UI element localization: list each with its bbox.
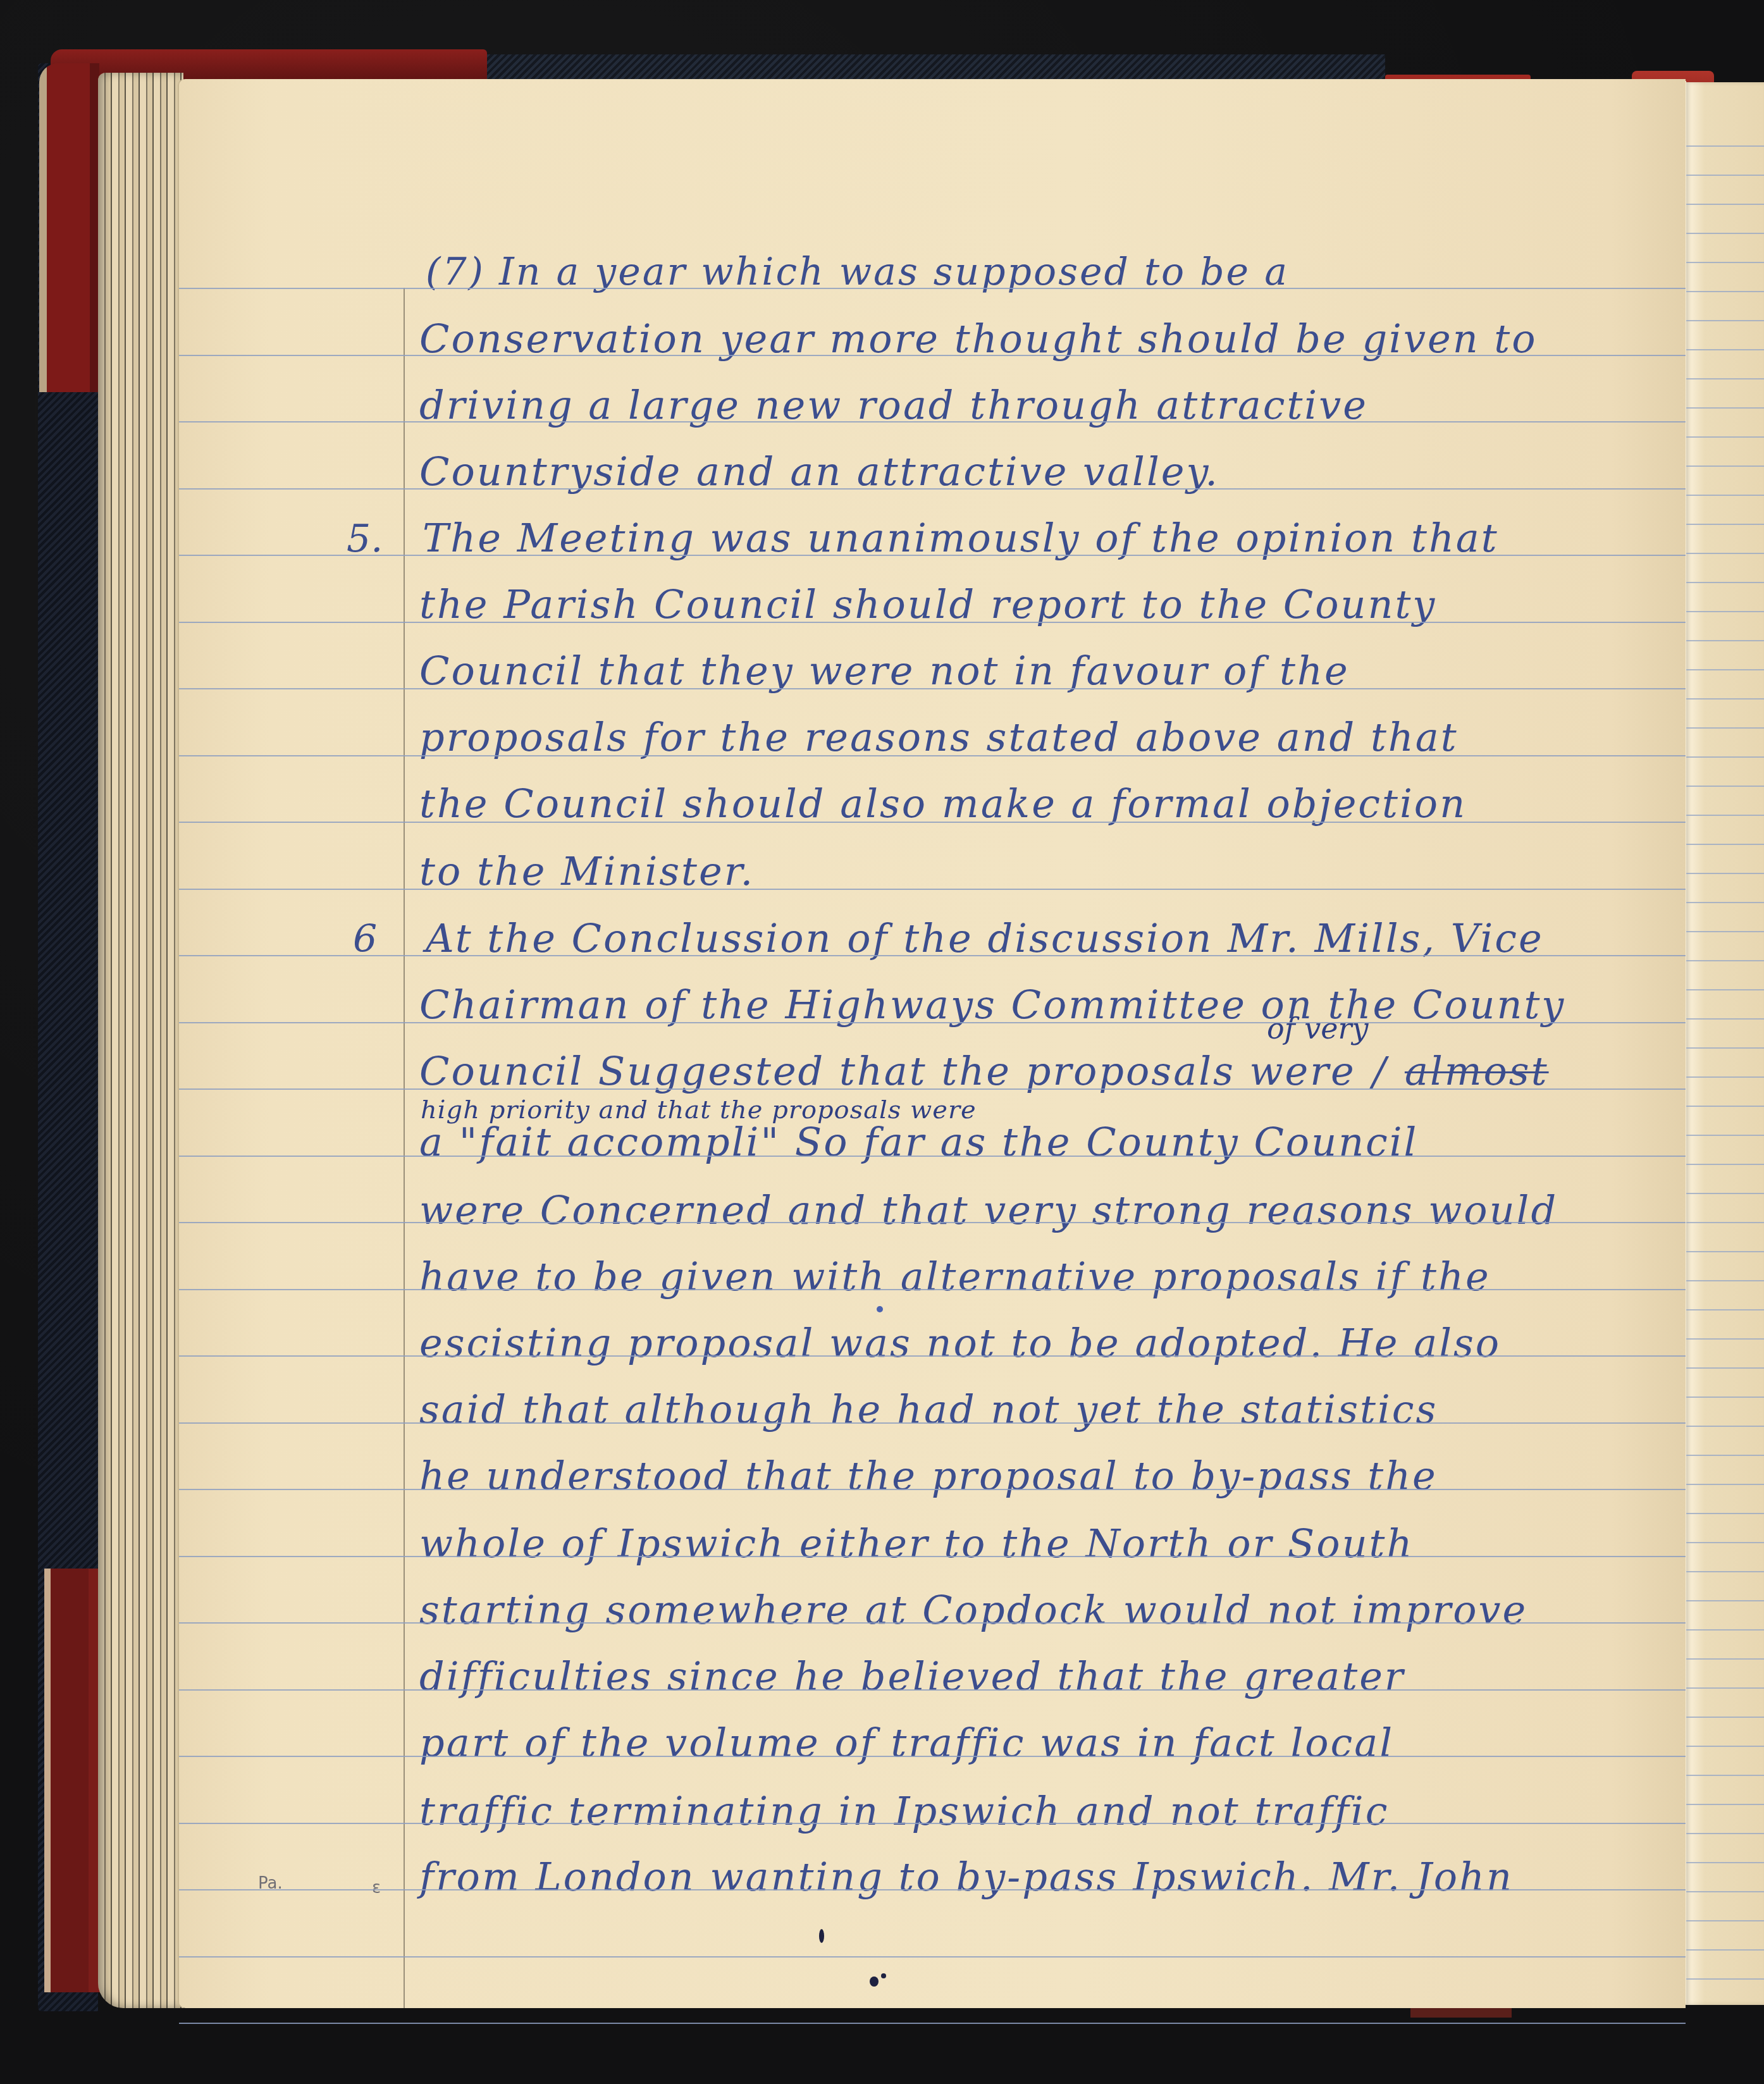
facing-page-ruled-line [1686, 1891, 1764, 1892]
margin-mark: ε [372, 1878, 381, 1897]
ink-blot [819, 1929, 824, 1943]
facing-page-ruled-line [1686, 495, 1764, 496]
facing-page-ruled-line [1686, 1397, 1764, 1398]
facing-page-ruled-line [1686, 1338, 1764, 1340]
facing-page-ruled-line [1686, 1251, 1764, 1252]
ruled-line [179, 2023, 1686, 2024]
ruled-line [179, 1689, 1686, 1691]
facing-page-ruled-line [1686, 553, 1764, 554]
facing-page-ruled-line [1686, 1222, 1764, 1223]
ruled-line [179, 1756, 1686, 1757]
item-number: 6 [353, 920, 377, 958]
ruled-line [179, 288, 1686, 289]
ruled-line [179, 822, 1686, 823]
ruled-line [179, 1956, 1686, 1958]
facing-page-ruled-line [1686, 1426, 1764, 1427]
facing-page-ruled-line [1686, 1018, 1764, 1020]
facing-page-ruled-line [1686, 698, 1764, 700]
text-line: the Council should also make a formal ob… [419, 784, 1467, 823]
text-line: were Concerned and that very strong reas… [419, 1191, 1558, 1230]
ruled-line [179, 1222, 1686, 1223]
text-line: traffic terminating in Ipswich and not t… [419, 1792, 1389, 1831]
facing-page-ruled-line [1686, 1862, 1764, 1863]
facing-page-ruled-line [1686, 931, 1764, 932]
facing-page-ruled-line [1686, 145, 1764, 147]
margin-rule [404, 288, 405, 2008]
facing-page-ruled-line [1686, 1164, 1764, 1165]
facing-page-ruled-line [1686, 466, 1764, 467]
facing-page-ruled-line [1686, 1280, 1764, 1281]
facing-page-ruled-line [1686, 640, 1764, 641]
text-line: Council that they were not in favour of … [419, 651, 1350, 691]
ruled-line [179, 1088, 1686, 1090]
facing-page-ruled-line [1686, 873, 1764, 874]
text-line-main: Council Suggested that the proposals wer… [419, 1048, 1356, 1094]
facing-page-ruled-line [1686, 407, 1764, 409]
page-fore-edge-stack [98, 73, 183, 2008]
book-cover-top-cloth [487, 54, 1385, 80]
text-line: driving a large new road through attract… [419, 386, 1368, 425]
ruled-line [179, 1156, 1686, 1157]
facing-page-ruled-line [1686, 727, 1764, 729]
facing-page-ruled-line [1686, 1367, 1764, 1369]
facing-page-ruled-line [1686, 320, 1764, 321]
facing-page-ruled-line [1686, 378, 1764, 379]
ruled-line [179, 622, 1686, 623]
ruled-line [179, 1355, 1686, 1357]
facing-page-ruled-line [1686, 233, 1764, 234]
facing-page-ruled-line [1686, 1106, 1764, 1107]
inserted-text-above: of very [1267, 1014, 1369, 1043]
facing-page-ruled-line [1686, 786, 1764, 787]
ruled-line [179, 889, 1686, 890]
ruled-line [179, 1422, 1686, 1424]
text-line: At the Conclussion of the discussion Mr.… [426, 919, 1544, 958]
facing-page-ruled-line [1686, 844, 1764, 845]
text-line: proposals for the reasons stated above a… [419, 718, 1459, 757]
facing-page-ruled-line [1686, 291, 1764, 292]
facing-page-ruled-line [1686, 1484, 1764, 1485]
facing-page-ruled-line [1686, 1804, 1764, 1805]
facing-page-ruled-line [1686, 960, 1764, 961]
facing-page [1686, 82, 1764, 2005]
facing-page-ruled-line [1686, 1600, 1764, 1601]
ink-blot [877, 1306, 883, 1312]
facing-page-ruled-line [1686, 1920, 1764, 1921]
facing-page-ruled-line [1686, 1746, 1764, 1747]
facing-page-ruled-line [1686, 204, 1764, 205]
facing-page-ruled-line [1686, 1513, 1764, 1514]
text-line: whole of Ipswich either to the North or … [419, 1524, 1414, 1563]
facing-page-ruled-line [1686, 815, 1764, 816]
facing-page-ruled-line [1686, 1135, 1764, 1136]
ruled-line [179, 1889, 1686, 1890]
text-line: Countryside and an attractive valley. [419, 452, 1219, 491]
ruled-line [179, 355, 1686, 356]
facing-page-ruled-line [1686, 524, 1764, 525]
ruled-line [179, 688, 1686, 689]
ruled-line [179, 421, 1686, 422]
facing-page-ruled-line [1686, 1775, 1764, 1776]
facing-page-ruled-line [1686, 582, 1764, 583]
ruled-line [179, 555, 1686, 556]
facing-page-ruled-line [1686, 262, 1764, 263]
facing-page-ruled-line [1686, 1978, 1764, 1980]
ink-blot [870, 1976, 879, 1987]
text-line: starting somewhere at Copdock would not … [419, 1591, 1527, 1630]
ruled-line [179, 1823, 1686, 1824]
text-line: the Parish Council should report to the … [419, 585, 1436, 624]
facing-page-ruled-line [1686, 1076, 1764, 1078]
text-line: escisting proposal was not to be adopted… [419, 1324, 1501, 1363]
facing-page-ruled-line [1686, 989, 1764, 990]
text-line: Chairman of the Highways Committee on th… [419, 985, 1565, 1025]
facing-page-ruled-line [1686, 669, 1764, 670]
item-number: 5. [347, 520, 383, 558]
facing-page-ruled-line [1686, 1542, 1764, 1543]
facing-page-ruled-line [1686, 349, 1764, 350]
text-line: to the Minister. [419, 852, 755, 891]
facing-page-ruled-line [1686, 1833, 1764, 1834]
text-line: (7) In a year which was supposed to be a [426, 253, 1289, 291]
ruled-line [179, 755, 1686, 756]
text-line: Conservation year more thought should be… [419, 319, 1538, 359]
ruled-line [179, 488, 1686, 490]
leather-spine-upper [39, 63, 99, 392]
facing-page-ruled-line [1686, 1949, 1764, 1951]
ruled-line [179, 1622, 1686, 1624]
ruled-line [179, 1289, 1686, 1290]
caret-mark: / [1372, 1048, 1388, 1094]
facing-page-ruled-line [1686, 175, 1764, 176]
struck-word: almost [1405, 1048, 1549, 1094]
ink-blot [881, 1973, 886, 1978]
facing-page-ruled-line [1686, 1047, 1764, 1049]
facing-page-ruled-line [1686, 1571, 1764, 1572]
notebook-page: (7) In a year which was supposed to be a… [179, 79, 1686, 2008]
facing-page-ruled-line [1686, 1629, 1764, 1631]
facing-page-ruled-line [1686, 1309, 1764, 1310]
facing-page-ruled-line [1686, 902, 1764, 903]
ruled-line [179, 955, 1686, 956]
text-line: Council Suggested that the proposals wer… [419, 1052, 1549, 1091]
text-line: The Meeting was unanimously of the opini… [422, 519, 1499, 558]
text-line: have to be given with alternative propos… [419, 1257, 1491, 1297]
ruled-line [179, 1489, 1686, 1490]
facing-page-ruled-line [1686, 1687, 1764, 1689]
ruled-line [179, 1556, 1686, 1557]
facing-page-ruled-line [1686, 436, 1764, 438]
ruled-line [179, 1022, 1686, 1023]
facing-page-ruled-line [1686, 1193, 1764, 1194]
facing-page-ruled-line [1686, 756, 1764, 758]
text-line: from London wanting to by-pass Ipswich. … [419, 1858, 1514, 1897]
facing-page-ruled-line [1686, 611, 1764, 612]
facing-page-ruled-line [1686, 1658, 1764, 1660]
facing-page-ruled-line [1686, 1717, 1764, 1718]
facing-page-ruled-line [1686, 1455, 1764, 1456]
